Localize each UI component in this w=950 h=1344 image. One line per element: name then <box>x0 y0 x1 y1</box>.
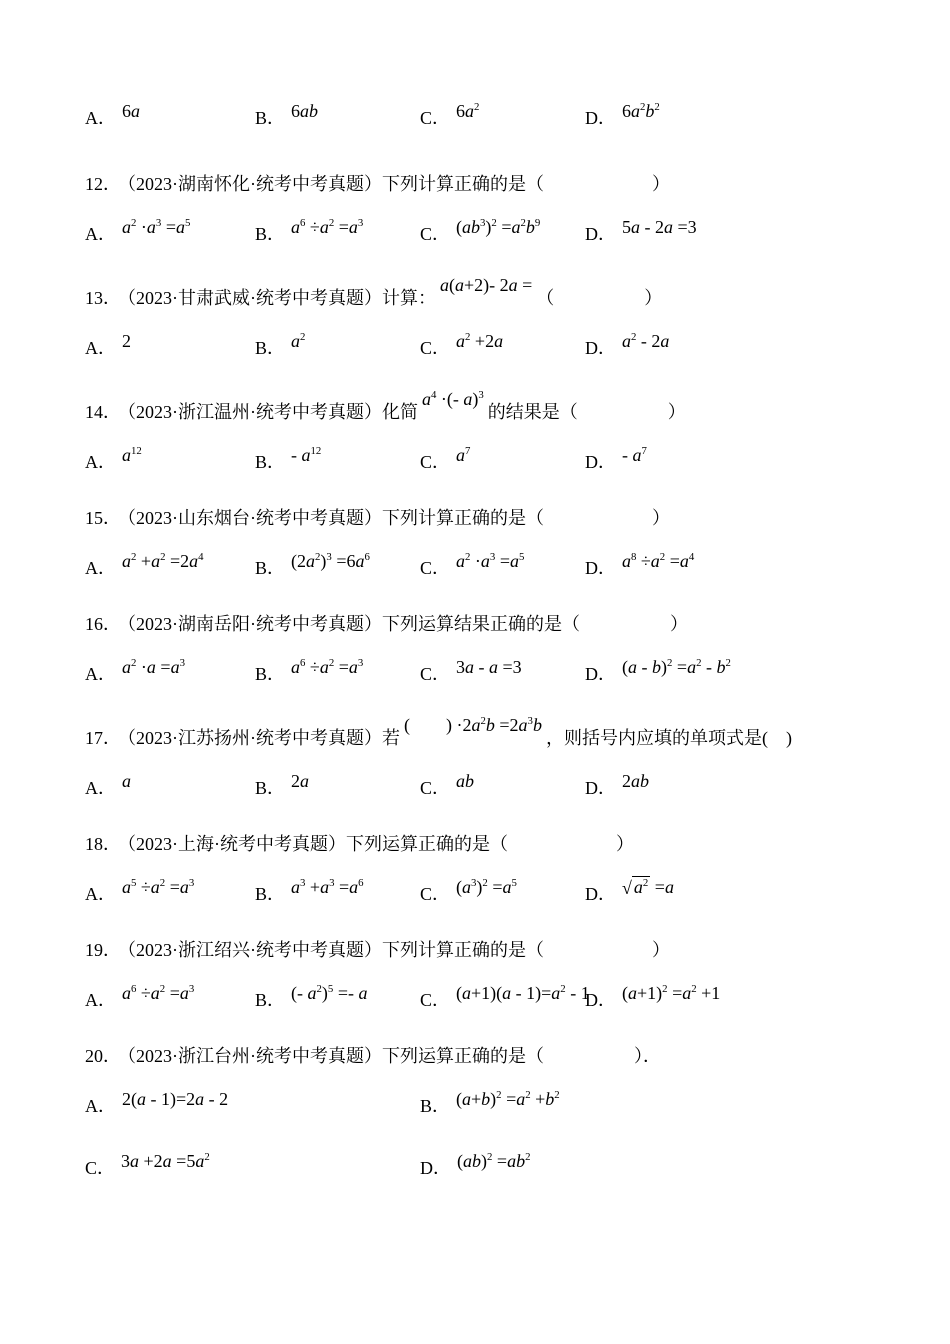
option-A-q17: A．a <box>85 774 255 800</box>
option-formula: √a2 =a <box>622 877 674 898</box>
option-B-q16: B．a6 ÷a2 =a3 <box>255 660 420 686</box>
question-12: 12．（2023·湖南怀化·统考中考真题）下列计算正确的是（ ）A．a2 ·a3… <box>85 170 880 246</box>
option-formula: 6a <box>122 101 140 122</box>
option-B-carryover: B．6ab <box>255 104 420 130</box>
option-letter: B． <box>255 334 285 360</box>
option-formula: (a3)2 =a5 <box>456 877 517 898</box>
question-number: 19． <box>85 940 121 960</box>
radical-sign-icon: √ <box>622 878 632 898</box>
option-formula: 2(a - 1)=2a - 2 <box>122 1089 228 1110</box>
option-C-q18: C．(a3)2 =a5 <box>420 880 585 906</box>
question-number: 18． <box>85 834 121 854</box>
option-letter: B． <box>255 448 285 474</box>
option-C-q17: C．ab <box>420 774 585 800</box>
question-20: 20．（2023·浙江台州·统考中考真题）下列运算正确的是（ ）．A．2(a -… <box>85 1042 880 1180</box>
option-formula: (a - b)2 =a2 - b2 <box>622 657 731 678</box>
question-list: 12．（2023·湖南怀化·统考中考真题）下列计算正确的是（ ）A．a2 ·a3… <box>85 170 880 1180</box>
option-B-q15: B．(2a2)3 =6a6 <box>255 554 420 580</box>
option-formula: a5 ÷a2 =a3 <box>122 877 194 898</box>
question-stem: 15．（2023·山东烟台·统考中考真题）下列计算正确的是（ ） <box>85 504 880 532</box>
option-formula: (a+1)(a - 1)=a2 - 1 <box>456 983 590 1004</box>
option-letter: A． <box>85 220 116 246</box>
option-formula: ab <box>456 771 474 792</box>
option-formula: 2a <box>291 771 309 792</box>
question-13: 13．（2023·甘肃武威·统考中考真题）计算：a(a+2)- 2a =（ ）A… <box>85 276 880 360</box>
option-letter: D． <box>585 448 616 474</box>
option-letter: A． <box>85 660 116 686</box>
option-D-q15: D．a8 ÷a2 =a4 <box>585 554 880 580</box>
option-letter: B． <box>255 220 285 246</box>
question-17: 17．（2023·江苏扬州·统考中考真题）若( ) ·2a2b =2a3b，则括… <box>85 716 880 800</box>
option-D-q13: D．a2 - 2a <box>585 334 880 360</box>
option-letter: D． <box>585 774 616 800</box>
option-letter: B． <box>420 1092 450 1118</box>
option-A-q13: A．2 <box>85 334 255 360</box>
options-row-q20: A．2(a - 1)=2a - 2B．(a+b)2 =a2 +b2C．3a +2… <box>85 1092 880 1180</box>
options-row-q17: A．aB．2aC．abD．2ab <box>85 774 880 800</box>
option-formula: a6 ÷a2 =a3 <box>122 983 194 1004</box>
stem-text: （2023·浙江温州·统考中考真题）化简 <box>127 402 418 422</box>
option-letter: D． <box>585 880 616 906</box>
stem-formula: a(a+2)- 2a = <box>440 271 532 299</box>
option-formula: (ab3)2 =a2b9 <box>456 217 540 238</box>
option-formula: a2 +a2 =2a4 <box>122 551 204 572</box>
option-letter: C． <box>420 660 450 686</box>
option-formula: (- a2)5 =- a <box>291 983 367 1004</box>
question-number: 12． <box>85 174 121 194</box>
option-letter: C． <box>85 1154 115 1180</box>
option-B-q19: B．(- a2)5 =- a <box>255 986 420 1012</box>
option-letter: B． <box>255 986 285 1012</box>
options-row-q14: A．a12B．- a12C．a7D．- a7 <box>85 448 880 474</box>
option-formula: 3a +2a =5a2 <box>121 1151 210 1172</box>
option-letter: D． <box>585 220 616 246</box>
option-B-q20: B．(a+b)2 =a2 +b2 <box>420 1092 880 1118</box>
option-A-q18: A．a5 ÷a2 =a3 <box>85 880 255 906</box>
option-letter: B． <box>255 554 285 580</box>
question-stem: 13．（2023·甘肃武威·统考中考真题）计算：a(a+2)- 2a =（ ） <box>85 276 880 312</box>
option-letter: C． <box>420 448 450 474</box>
options-row-q13: A．2B．a2C．a2 +2aD．a2 - 2a <box>85 334 880 360</box>
options-row-q15: A．a2 +a2 =2a4B．(2a2)3 =6a6C．a2 ·a3 =a5D．… <box>85 554 880 580</box>
option-formula: 3a - a =3 <box>456 657 522 678</box>
question-19: 19．（2023·浙江绍兴·统考中考真题）下列计算正确的是（ ）A．a6 ÷a2… <box>85 936 880 1012</box>
option-letter: D． <box>585 660 616 686</box>
option-formula: 6ab <box>291 101 318 122</box>
option-formula: a2 - 2a <box>622 331 669 352</box>
option-formula: a2 +2a <box>456 331 503 352</box>
stem-text: （2023·山东烟台·统考中考真题）下列计算正确的是（ ） <box>127 508 670 528</box>
question-16: 16．（2023·湖南岳阳·统考中考真题）下列运算结果正确的是（ ）A．a2 ·… <box>85 610 880 686</box>
option-letter: A． <box>85 986 116 1012</box>
question-15: 15．（2023·山东烟台·统考中考真题）下列计算正确的是（ ）A．a2 +a2… <box>85 504 880 580</box>
stem-text: （2023·湖南怀化·统考中考真题）下列计算正确的是（ ） <box>127 174 670 194</box>
option-letter: B． <box>255 660 285 686</box>
option-D-q17: D．2ab <box>585 774 880 800</box>
option-formula: - a7 <box>622 445 647 466</box>
question-number: 13． <box>85 288 121 308</box>
option-formula: (a+b)2 =a2 +b2 <box>456 1089 560 1110</box>
stem-text: （2023·江苏扬州·统考中考真题）若 <box>127 728 400 748</box>
stem-text: （2023·上海·统考中考真题）下列运算正确的是（ ） <box>127 834 634 854</box>
option-A-q14: A．a12 <box>85 448 255 474</box>
option-C-q20: C．3a +2a =5a2 <box>85 1154 420 1180</box>
option-letter: C． <box>420 774 450 800</box>
question-stem: 14．（2023·浙江温州·统考中考真题）化简a4 ·(- a)3的结果是（ ） <box>85 390 880 426</box>
option-formula: 2ab <box>622 771 649 792</box>
option-formula: a3 +a3 =a6 <box>291 877 364 898</box>
option-formula: (ab)2 =ab2 <box>457 1151 530 1172</box>
document-page: A．6aB．6abC．6a2D．6a2b2 12．（2023·湖南怀化·统考中考… <box>0 0 950 1180</box>
sqrt-radical: √a2 <box>622 877 650 898</box>
option-C-q13: C．a2 +2a <box>420 334 585 360</box>
option-letter: C． <box>420 880 450 906</box>
option-B-q13: B．a2 <box>255 334 420 360</box>
stem-text: （2023·甘肃武威·统考中考真题）计算： <box>127 288 436 308</box>
question-18: 18．（2023·上海·统考中考真题）下列运算正确的是（ ）A．a5 ÷a2 =… <box>85 830 880 906</box>
option-formula: (2a2)3 =6a6 <box>291 551 370 572</box>
carryover-options-row: A．6aB．6abC．6a2D．6a2b2 <box>85 104 880 130</box>
option-formula: 2 <box>122 331 131 352</box>
option-letter: A． <box>85 448 116 474</box>
option-A-carryover: A．6a <box>85 104 255 130</box>
option-letter: D． <box>585 554 616 580</box>
option-letter: D． <box>420 1154 451 1180</box>
question-stem: 18．（2023·上海·统考中考真题）下列运算正确的是（ ） <box>85 830 880 858</box>
option-letter: C． <box>420 554 450 580</box>
question-number: 14． <box>85 402 121 422</box>
option-formula: a6 ÷a2 =a3 <box>291 657 363 678</box>
option-D-q12: D．5a - 2a =3 <box>585 220 880 246</box>
option-formula: (a+1)2 =a2 +1 <box>622 983 720 1004</box>
stem-text: （2023·浙江绍兴·统考中考真题）下列计算正确的是（ ） <box>127 940 670 960</box>
option-letter: A． <box>85 334 116 360</box>
option-letter: B． <box>255 104 285 130</box>
option-formula: a6 ÷a2 =a3 <box>291 217 363 238</box>
stem-text-after: （ ） <box>536 288 662 308</box>
option-letter: A． <box>85 774 116 800</box>
question-number: 15． <box>85 508 121 528</box>
option-C-q16: C．3a - a =3 <box>420 660 585 686</box>
option-D-q14: D．- a7 <box>585 448 880 474</box>
option-formula: a <box>122 771 131 792</box>
option-letter: B． <box>255 774 285 800</box>
question-stem: 19．（2023·浙江绍兴·统考中考真题）下列计算正确的是（ ） <box>85 936 880 964</box>
option-C-q14: C．a7 <box>420 448 585 474</box>
option-formula: a2 ·a3 =a5 <box>456 551 524 572</box>
options-row-q16: A．a2 ·a =a3B．a6 ÷a2 =a3C．3a - a =3D．(a -… <box>85 660 880 686</box>
option-D-q16: D．(a - b)2 =a2 - b2 <box>585 660 880 686</box>
option-formula: a12 <box>122 445 142 466</box>
option-letter: B． <box>255 880 285 906</box>
stem-formula: ( ) ·2a2b =2a3b <box>404 711 542 739</box>
option-A-q16: A．a2 ·a =a3 <box>85 660 255 686</box>
option-A-q19: A．a6 ÷a2 =a3 <box>85 986 255 1012</box>
option-B-q17: B．2a <box>255 774 420 800</box>
stem-text-after: 的结果是（ ） <box>488 402 686 422</box>
question-14: 14．（2023·浙江温州·统考中考真题）化简a4 ·(- a)3的结果是（ ）… <box>85 390 880 474</box>
option-letter: D． <box>585 334 616 360</box>
stem-text: （2023·湖南岳阳·统考中考真题）下列运算结果正确的是（ ） <box>127 614 688 634</box>
option-C-q19: C．(a+1)(a - 1)=a2 - 1 <box>420 986 585 1012</box>
stem-text-after: ，则括号内应填的单项式是( ) <box>546 728 792 748</box>
option-letter: A． <box>85 1092 116 1118</box>
option-formula: 5a - 2a =3 <box>622 217 697 238</box>
options-row-q19: A．a6 ÷a2 =a3B．(- a2)5 =- aC．(a+1)(a - 1)… <box>85 986 880 1012</box>
option-C-q15: C．a2 ·a3 =a5 <box>420 554 585 580</box>
option-formula: a8 ÷a2 =a4 <box>622 551 694 572</box>
options-row-q12: A．a2 ·a3 =a5B．a6 ÷a2 =a3C．(ab3)2 =a2b9D．… <box>85 220 880 246</box>
option-formula: a2 ·a =a3 <box>122 657 185 678</box>
option-D-q18: D．√a2 =a <box>585 880 880 906</box>
question-stem: 17．（2023·江苏扬州·统考中考真题）若( ) ·2a2b =2a3b，则括… <box>85 716 880 752</box>
option-formula: a2 ·a3 =a5 <box>122 217 190 238</box>
question-number: 16． <box>85 614 121 634</box>
option-A-q15: A．a2 +a2 =2a4 <box>85 554 255 580</box>
option-letter: C． <box>420 334 450 360</box>
option-D-q20: D．(ab)2 =ab2 <box>420 1154 880 1180</box>
option-D-q19: D．(a+1)2 =a2 +1 <box>585 986 880 1012</box>
option-B-q14: B．- a12 <box>255 448 420 474</box>
option-letter: D． <box>585 104 616 130</box>
option-A-q20: A．2(a - 1)=2a - 2 <box>85 1092 420 1118</box>
question-stem: 16．（2023·湖南岳阳·统考中考真题）下列运算结果正确的是（ ） <box>85 610 880 638</box>
options-row-q18: A．a5 ÷a2 =a3B．a3 +a3 =a6C．(a3)2 =a5D．√a2… <box>85 880 880 906</box>
option-letter: C． <box>420 220 450 246</box>
stem-formula: a4 ·(- a)3 <box>422 385 484 413</box>
options-row-carryover: A．6aB．6abC．6a2D．6a2b2 <box>85 104 880 130</box>
option-letter: A． <box>85 880 116 906</box>
option-letter: A． <box>85 554 116 580</box>
stem-text: （2023·浙江台州·统考中考真题）下列运算正确的是（ ）． <box>127 1046 661 1066</box>
question-number: 17． <box>85 728 121 748</box>
option-D-carryover: D．6a2b2 <box>585 104 880 130</box>
question-stem: 12．（2023·湖南怀化·统考中考真题）下列计算正确的是（ ） <box>85 170 880 198</box>
option-letter: C． <box>420 986 450 1012</box>
option-B-q12: B．a6 ÷a2 =a3 <box>255 220 420 246</box>
question-stem: 20．（2023·浙江台州·统考中考真题）下列运算正确的是（ ）． <box>85 1042 880 1070</box>
question-number: 20． <box>85 1046 121 1066</box>
option-formula: a7 <box>456 445 470 466</box>
option-B-q18: B．a3 +a3 =a6 <box>255 880 420 906</box>
option-letter: A． <box>85 104 116 130</box>
option-C-q12: C．(ab3)2 =a2b9 <box>420 220 585 246</box>
option-letter: C． <box>420 104 450 130</box>
option-C-carryover: C．6a2 <box>420 104 585 130</box>
option-formula: 6a2 <box>456 101 479 122</box>
option-A-q12: A．a2 ·a3 =a5 <box>85 220 255 246</box>
option-formula: - a12 <box>291 445 321 466</box>
option-formula: a2 <box>291 331 305 352</box>
option-formula: 6a2b2 <box>622 101 660 122</box>
